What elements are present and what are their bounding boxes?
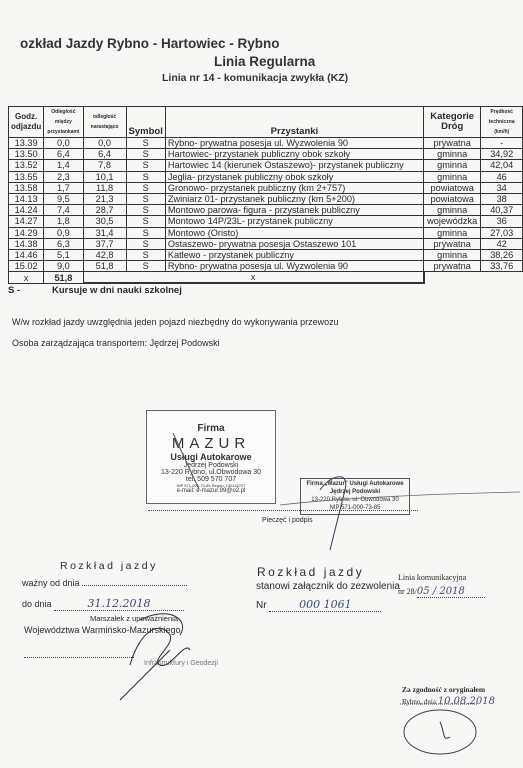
cell-sym: S xyxy=(126,216,165,227)
cell-kat: prywatna xyxy=(424,138,481,149)
legend: S -Kursuje w dni nauki szkolnej xyxy=(8,285,182,296)
cell-stop: Katlewo - przystanek publiczny xyxy=(165,249,423,260)
cell-nar: 31,4 xyxy=(83,227,126,238)
vehicle-note: W/w rozkład jazdy uwzględnia jeden pojaz… xyxy=(12,317,339,327)
cell-godz: 13.39 xyxy=(9,138,44,149)
cell-sym: S xyxy=(126,227,165,238)
cell-pr: 42,04 xyxy=(481,160,523,171)
line-info-heading: Linia nr 14 - komunikacja zwykła (KZ) xyxy=(162,72,348,84)
certification-text: Za zgodność z oryginałem xyxy=(402,685,485,694)
cell-kat: gminna xyxy=(424,171,481,182)
cell-stop: Rybno- prywatna posesja ul. Wyzwolenia 9… xyxy=(165,138,423,149)
cell-kat: gminna xyxy=(424,205,481,216)
cell-godz: 14.29 xyxy=(9,227,44,238)
cell-kat: gminna xyxy=(424,249,481,260)
line-number: nr 28/05 / 2018 xyxy=(398,586,485,598)
total-row: x 51,8 x xyxy=(9,272,523,284)
table-row: 13.581,711,8SGronowo- przystanek publicz… xyxy=(9,182,523,193)
table-row: 13.390,00,0SRybno- prywatna posesja ul. … xyxy=(9,138,523,149)
cell-sym: S xyxy=(126,171,165,182)
cell-sym: S xyxy=(126,193,165,204)
cell-stop: Ostaszewo- prywatna posesja Ostaszewo 10… xyxy=(165,238,423,249)
certification-signature-icon xyxy=(400,702,480,762)
cell-pr: 46 xyxy=(481,171,523,182)
total-x2: x xyxy=(83,272,423,284)
cell-kat: gminna xyxy=(424,227,481,238)
cell-nar: 6,4 xyxy=(83,149,126,160)
company-stamp: Firma MAZUR Usługi Autokarowe Jędrzej Po… xyxy=(146,410,276,504)
cell-sym: S xyxy=(126,182,165,193)
cell-godz: 14.24 xyxy=(9,205,44,216)
valid-from-value xyxy=(82,585,187,586)
cell-kat: prywatna xyxy=(424,238,481,249)
cell-godz: 14.13 xyxy=(9,193,44,204)
cell-nar: 10,1 xyxy=(83,171,126,182)
cell-kat: wojewódzka xyxy=(424,216,481,227)
col-odl: Odległość między przystankami xyxy=(44,107,83,138)
cell-stop: Zwiniarz 01- przystanek publiczny (km 5+… xyxy=(165,193,423,204)
cell-sym: S xyxy=(126,149,165,160)
cell-pr: 38,26 xyxy=(481,249,523,260)
cell-stop: Montowo 14P/23L- przystanek publiczny xyxy=(165,216,423,227)
document-title: ozkład Jazdy Rybno - Hartowiec - Rybno xyxy=(20,36,280,51)
cell-odl: 9,0 xyxy=(44,261,83,272)
table-row: 13.552,310,1SJeglia- przystanek publiczn… xyxy=(9,171,523,182)
table-row: 14.290,931,4SMontowo (Oristo)gminna27,03 xyxy=(9,227,523,238)
table-row: 13.521,47,8SHartowiec 14 (kierunek Ostas… xyxy=(9,160,523,171)
cell-kat: powiatowa xyxy=(424,193,481,204)
legend-text: Kursuje w dni nauki szkolnej xyxy=(52,285,182,296)
cell-stop: Montowo parowa- figura - przystanek publ… xyxy=(165,205,423,216)
cell-stop: Gronowo- przystanek publiczny (km 2+757) xyxy=(165,182,423,193)
cell-odl: 1,4 xyxy=(44,160,83,171)
cell-stop: Hartowiec 14 (kierunek Ostaszewo)- przys… xyxy=(165,160,423,171)
cell-godz: 14.27 xyxy=(9,216,44,227)
cell-odl: 0,9 xyxy=(44,227,83,238)
cell-sym: S xyxy=(126,238,165,249)
table-row: 13.506,46,4SHartowiec- przystanek public… xyxy=(9,149,523,160)
cell-godz: 15.02 xyxy=(9,261,44,272)
cell-nar: 7,8 xyxy=(83,160,126,171)
cell-pr: 34,92 xyxy=(481,149,523,160)
cell-pr: 33,76 xyxy=(481,261,523,272)
line-number-value: 05 / 2018 xyxy=(417,586,485,598)
cell-nar: 28,7 xyxy=(83,205,126,216)
cell-nar: 0,0 xyxy=(83,138,126,149)
table-row: 14.465,142,8SKatlewo - przystanek public… xyxy=(9,249,523,260)
cell-sym: S xyxy=(126,138,165,149)
cell-nar: 37,7 xyxy=(83,238,126,249)
table-row: 14.139,521,3SZwiniarz 01- przystanek pub… xyxy=(9,193,523,204)
table-row: 15.029,051,8SRybno- prywatna posesja ul.… xyxy=(9,261,523,272)
signature-label: Pieczęć i podpis xyxy=(262,517,313,524)
cell-pr: 27,03 xyxy=(481,227,523,238)
cell-nar: 42,8 xyxy=(83,249,126,260)
cell-kat: gminna xyxy=(424,160,481,171)
table-row: 14.271,830,5SMontowo 14P/23L- przystanek… xyxy=(9,216,523,227)
cell-odl: 7,4 xyxy=(44,205,83,216)
cell-pr: 42 xyxy=(481,238,523,249)
document-subtitle: Linia Regularna xyxy=(214,54,315,69)
cell-odl: 0,0 xyxy=(44,138,83,149)
line-label: Linia komunikacyjna xyxy=(398,573,466,582)
permit-title: Rozkład jazdy xyxy=(257,565,364,579)
cell-pr: - xyxy=(481,138,523,149)
cell-pr: 36 xyxy=(481,216,523,227)
cell-godz: 13.50 xyxy=(9,149,44,160)
col-predkosc: Prędkość techniczna (km/h) xyxy=(481,107,523,138)
marshal-signature-icon xyxy=(100,590,210,710)
cell-stop: Jeglia- przystanek publiczny obok szkoły xyxy=(165,171,423,182)
table-row: 14.247,428,7SMontowo parowa- figura - pr… xyxy=(9,205,523,216)
table-row: 14.386,337,7SOstaszewo- prywatna posesja… xyxy=(9,238,523,249)
cell-stop: Hartowiec- przystanek publiczny obok szk… xyxy=(165,149,423,160)
cell-odl: 9,5 xyxy=(44,193,83,204)
cell-stop: Montowo (Oristo) xyxy=(165,227,423,238)
total-x1: x xyxy=(9,272,44,284)
col-godz: Godz. odjazdu xyxy=(9,107,44,138)
cell-stop: Rybno- prywatna posesja ul. Wyzwolenia 9… xyxy=(165,261,423,272)
permit-text: stanowi załącznik do zezwolenia xyxy=(256,581,400,592)
cell-nar: 30,5 xyxy=(83,216,126,227)
cell-godz: 14.46 xyxy=(9,249,44,260)
cell-godz: 13.55 xyxy=(9,171,44,182)
cell-godz: 14.38 xyxy=(9,238,44,249)
cell-pr: 40,37 xyxy=(481,205,523,216)
cell-pr: 34 xyxy=(481,182,523,193)
cell-odl: 6,3 xyxy=(44,238,83,249)
cell-odl: 1,7 xyxy=(44,182,83,193)
cell-sym: S xyxy=(126,249,165,260)
cell-sym: S xyxy=(126,261,165,272)
valid-from: ważny od dnia xyxy=(22,578,187,588)
cell-nar: 11,8 xyxy=(83,182,126,193)
col-nar: odległość narastająco xyxy=(83,107,126,138)
cell-odl: 5,1 xyxy=(44,249,83,260)
cell-godz: 13.52 xyxy=(9,160,44,171)
legend-key: S - xyxy=(8,285,52,296)
cell-kat: gminna xyxy=(424,149,481,160)
timetable: Godz. odjazdu Odległość między przystank… xyxy=(8,106,523,284)
cell-sym: S xyxy=(126,205,165,216)
cell-sym: S xyxy=(126,160,165,171)
cell-godz: 13.58 xyxy=(9,182,44,193)
stamp-slash-icon xyxy=(169,433,209,489)
cell-odl: 2,3 xyxy=(44,171,83,182)
validity-title: Rozkład jazdy xyxy=(60,560,158,572)
cell-pr: 38 xyxy=(481,193,523,204)
cell-odl: 6,4 xyxy=(44,149,83,160)
col-przystanki: Przystanki xyxy=(165,107,423,138)
permit-number-value: 000 1061 xyxy=(269,598,381,612)
cell-nar: 51,8 xyxy=(83,261,126,272)
signature-line xyxy=(148,510,418,511)
transport-manager: Osoba zarządzająca transportem: Jędrzej … xyxy=(12,338,220,348)
cell-kat: powiatowa xyxy=(424,182,481,193)
col-kategorie: Kategorie Dróg xyxy=(424,107,481,138)
total-sum: 51,8 xyxy=(44,272,83,284)
cell-nar: 21,3 xyxy=(83,193,126,204)
cell-kat: prywatna xyxy=(424,261,481,272)
cell-odl: 1,8 xyxy=(44,216,83,227)
permit-number: Nr 000 1061 xyxy=(256,598,381,612)
col-symbol: Symbol xyxy=(126,107,165,138)
